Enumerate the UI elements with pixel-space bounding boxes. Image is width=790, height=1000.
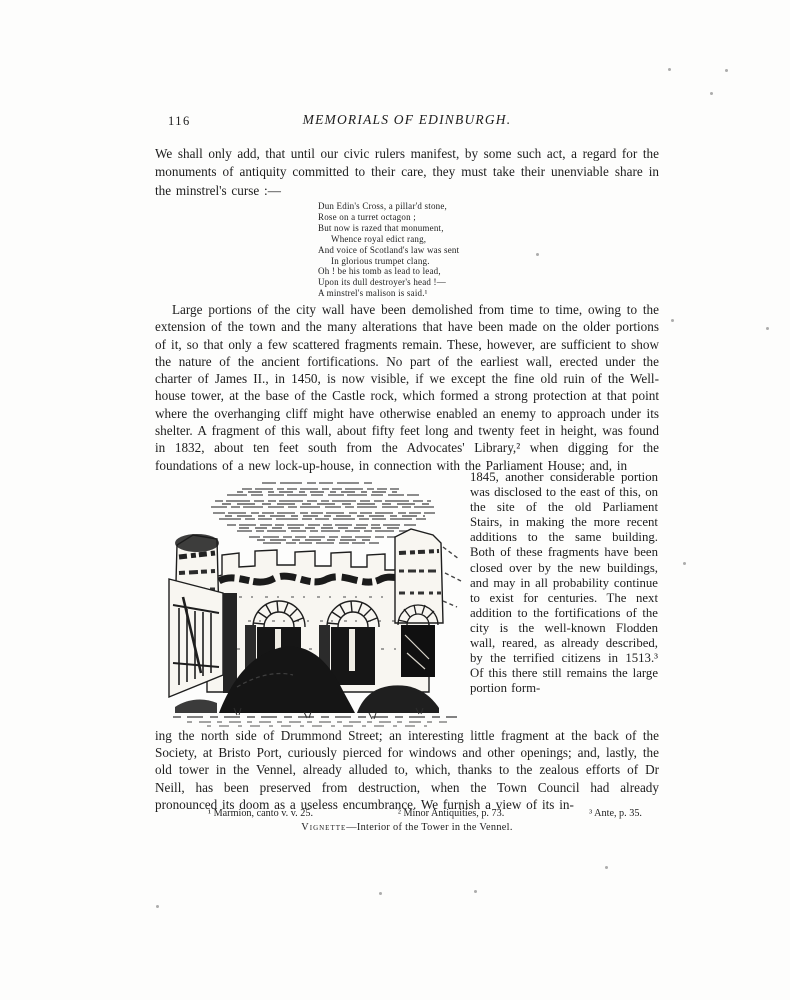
body-paragraph-bottom: ing the north side of Drummond Street; a… [155, 727, 659, 813]
body-paragraph-wrap-column: 1845, another considerable portion was d… [470, 470, 658, 696]
scanned-book-page: 116 MEMORIALS OF EDINBURGH. We shall onl… [0, 0, 790, 1000]
poem-line: Rose on a turret octagon ; [318, 212, 459, 223]
scan-speck [683, 562, 686, 565]
scan-speck [710, 92, 713, 95]
vignette-caption-text: —Interior of the Tower in the Vennel. [346, 822, 512, 833]
scan-speck [156, 905, 159, 908]
intro-paragraph: We shall only add, that until our civic … [155, 145, 659, 200]
poem-line: A minstrel's malison is said.¹ [318, 288, 459, 299]
scan-speck [474, 890, 477, 893]
scan-speck [536, 253, 539, 256]
poem-line: But now is razed that monument, [318, 223, 459, 234]
footnote-1: ¹ Marmion, canto v. v. 25. [208, 808, 313, 819]
footnote-3: ³ Ante, p. 35. [589, 808, 642, 819]
running-title: MEMORIALS OF EDINBURGH. [155, 112, 659, 128]
scan-speck [725, 69, 728, 72]
poem-line: Oh ! be his tomb as lead to lead, [318, 266, 459, 277]
engraving-illustration [167, 477, 469, 729]
poem-line: Dun Edin's Cross, a pillar'd stone, [318, 201, 459, 212]
footnote-2: ² Minor Antiquities, p. 73. [398, 808, 504, 819]
body-paragraph-top: Large portions of the city wall have bee… [155, 301, 659, 474]
poem-line: In glorious trumpet clang. [318, 256, 459, 267]
engraving-right-tower [395, 529, 461, 623]
vennel-tower-engraving [167, 477, 469, 729]
poem-line: Whence royal edict rang, [318, 234, 459, 245]
scan-speck [605, 866, 608, 869]
engraving-sky-shading [222, 492, 429, 540]
scan-speck [668, 68, 671, 71]
vignette-caption: Vignette—Interior of the Tower in the Ve… [155, 822, 659, 833]
scan-speck [671, 319, 674, 322]
scan-speck [766, 327, 769, 330]
engraving-gate [169, 579, 237, 697]
poem-block: Dun Edin's Cross, a pillar'd stone, Rose… [318, 201, 459, 299]
poem-line: Upon its dull destroyer's head !— [318, 277, 459, 288]
scan-speck [379, 892, 382, 895]
vignette-caption-label: Vignette [301, 822, 346, 833]
footnotes-row: ¹ Marmion, canto v. v. 25. ² Minor Antiq… [208, 808, 642, 819]
poem-line: And voice of Scotland's law was sent [318, 245, 459, 256]
